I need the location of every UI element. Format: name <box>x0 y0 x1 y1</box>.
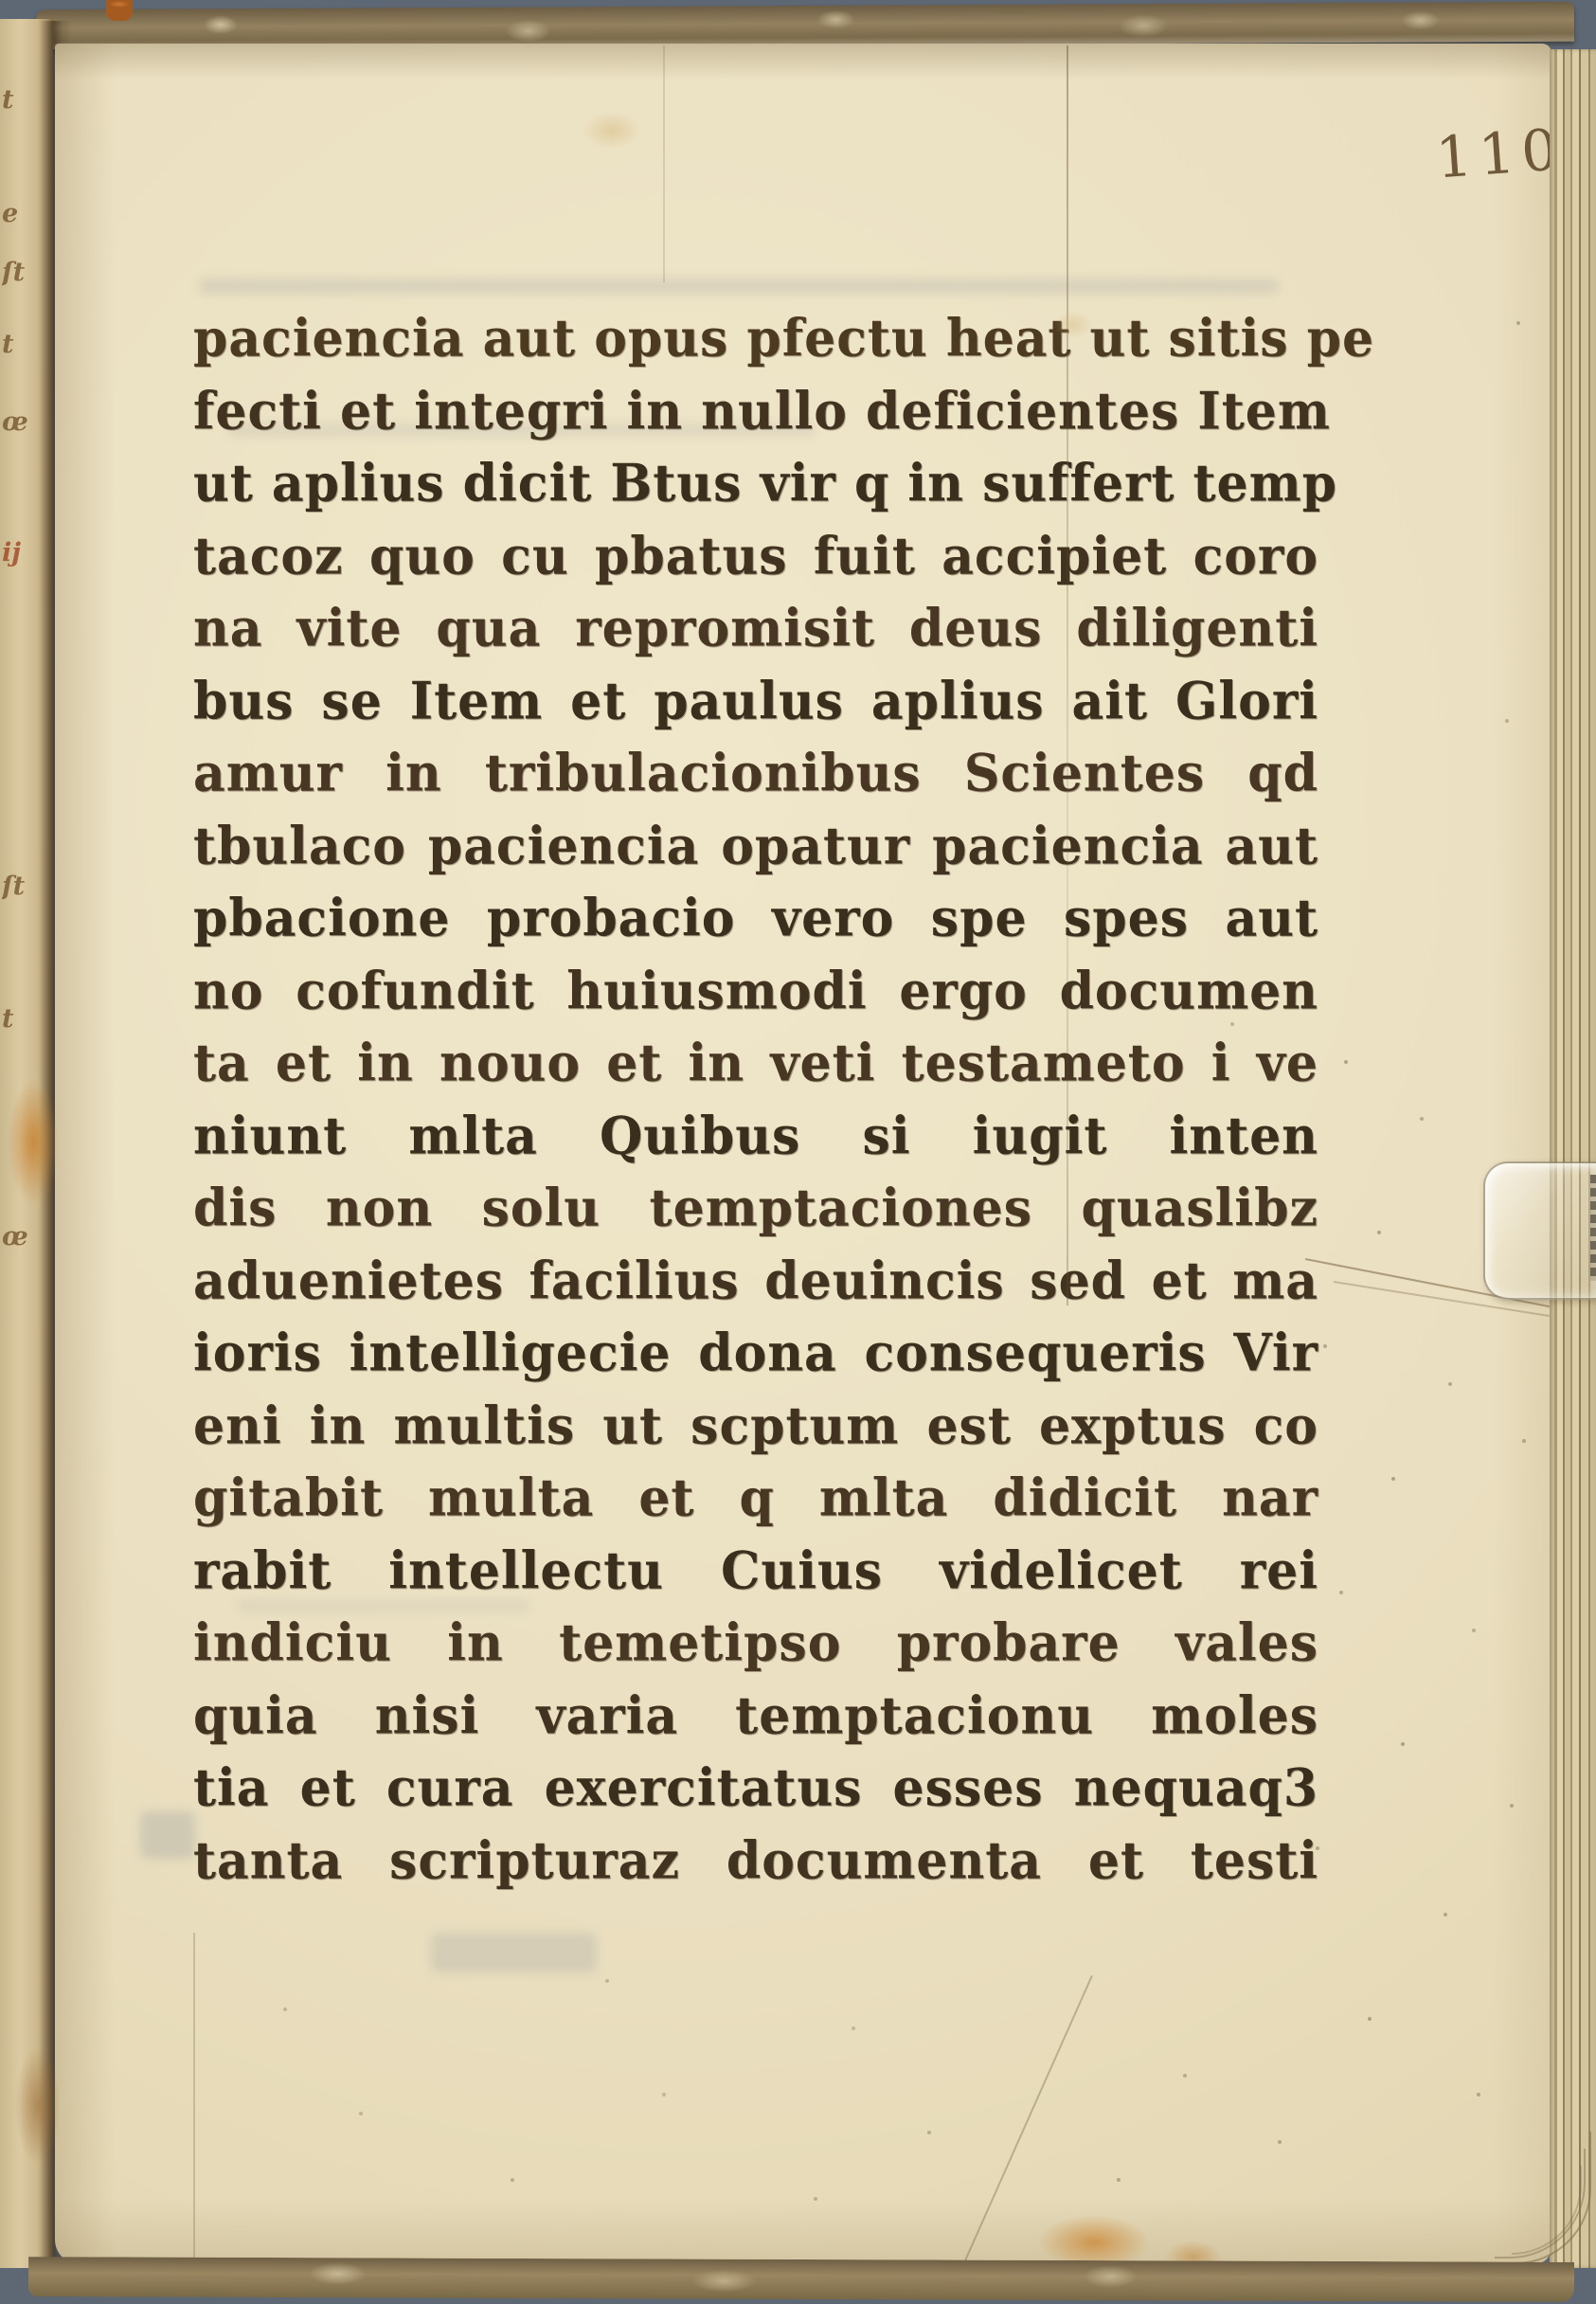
text-line: tacoz quo cu pbatus fuit accipiet coro <box>193 519 1318 595</box>
margin-text-fragment: e <box>2 199 34 228</box>
text-line: niunt mlta Quibus si iugit inten <box>193 1099 1318 1175</box>
text-line: indiciu in temetipso probare vales <box>193 1606 1318 1682</box>
text-line: dis non solu temptaciones quaslibz <box>193 1171 1318 1247</box>
text-line: aduenietes facilius deuincis sed et ma <box>193 1244 1318 1320</box>
text-line: paciencia aut opus pfectu heat ut sitis … <box>193 301 1318 377</box>
text-line: bus se Item et paulus aplius ait Glori <box>193 664 1318 740</box>
parchment-spot <box>1053 311 1093 339</box>
gutter-stain <box>15 2046 61 2165</box>
parchment-speckles <box>0 0 2 2</box>
text-line: quia nisi varia temptacionu moles <box>193 1679 1318 1755</box>
text-line: ioris intelligecie dona consequeris Vir <box>193 1316 1318 1392</box>
margin-text-fragment: ſt <box>2 258 34 287</box>
top-edge-chip <box>106 0 133 21</box>
text-line: ta et in nouo et in veti testameto i ve <box>193 1026 1318 1102</box>
margin-text-fragment: t <box>2 330 34 359</box>
page-crease-vertical <box>1067 45 1068 1305</box>
margin-text-fragment: ſt <box>2 872 34 901</box>
text-line: eni in multis ut scptum est exptus co <box>193 1389 1318 1465</box>
margin-text-fragment: œ <box>2 1222 34 1251</box>
page-tab-edge-marks <box>1590 1175 1596 1281</box>
text-line: ut aplius dicit Btus vir q in suffert te… <box>193 446 1318 522</box>
text-block: paciencia aut opus pfectu heat ut sitis … <box>193 303 1318 1898</box>
text-line: na vite qua repromisit deus diligenti <box>193 591 1318 667</box>
ink-bleedthrough <box>199 279 1279 294</box>
text-line: fecti et integri in nullo deficientes It… <box>193 374 1318 450</box>
margin-text-fragment: t <box>2 1004 34 1034</box>
manuscript-photo: { "document": { "kind": "medieval-manusc… <box>0 0 1596 2304</box>
margin-text-fragment: œ <box>2 407 34 437</box>
book-bottom-edge <box>28 2257 1574 2302</box>
transparent-page-tab <box>1483 1161 1596 1300</box>
text-line: no cofundit huiusmodi ergo documen <box>193 954 1318 1030</box>
text-line: tanta scripturaz documenta et testi <box>193 1824 1318 1899</box>
parchment-spot <box>583 112 641 150</box>
folio-number: 110 <box>1433 108 1562 202</box>
fore-edge-page-stack <box>1550 49 1596 2268</box>
page-crease-vertical <box>193 1933 195 2262</box>
text-line: amur in tribulacionibus Scientes qd <box>193 736 1318 812</box>
text-line: tia et cura exercitatus esses nequaq3 <box>193 1751 1318 1827</box>
ink-bleedthrough <box>140 1811 195 1859</box>
gutter-stain <box>8 1080 59 1205</box>
text-line: rabit intellectu Cuius videlicet rei <box>193 1534 1318 1610</box>
margin-text-fragment: t <box>2 85 34 115</box>
text-line: pbacione probacio vero spe spes aut <box>193 881 1318 957</box>
text-line: tbulaco paciencia opatur paciencia aut <box>193 809 1318 885</box>
book-top-edge <box>36 2 1574 50</box>
margin-text-fragment-red: ij <box>2 538 34 567</box>
text-line: gitabit multa et q mlta didicit nar <box>193 1461 1318 1537</box>
ink-bleedthrough <box>431 1933 597 1972</box>
page-crease-vertical <box>663 45 665 282</box>
